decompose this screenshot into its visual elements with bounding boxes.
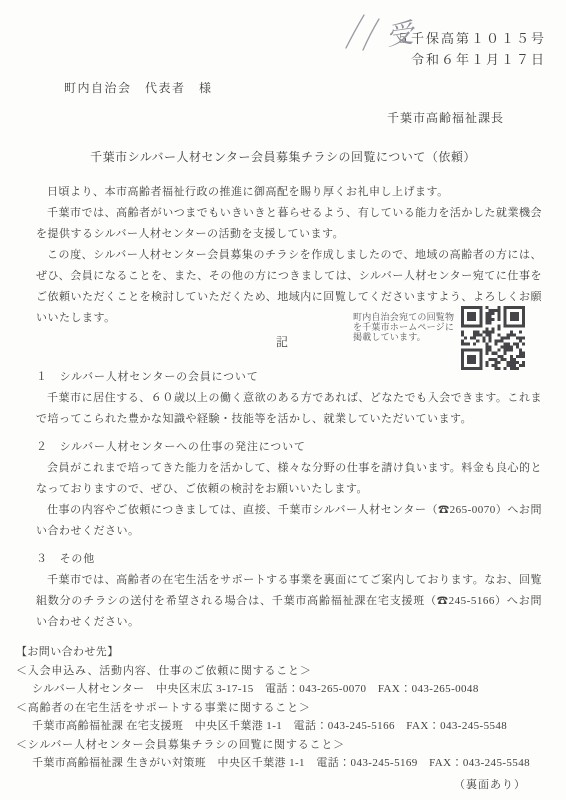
- back-side-note: （裏面あり）: [0, 776, 566, 792]
- section-paragraph: 千葉市では、高齢者の在宅生活をサポートする事業を裏面にてご案内しております。なお…: [36, 570, 542, 633]
- contact-detail: シルバー人材センター 中央区末広 3-17-15 電話：043-265-0070…: [16, 680, 546, 699]
- contact-label: ＜シルバー人材センター会員募集チラシの回覧に関すること＞: [16, 736, 546, 755]
- section-other: ３ その他 千葉市では、高齢者の在宅生活をサポートする事業を裏面にてご案内してお…: [36, 549, 542, 633]
- doc-number: ５千保高第１０１５号: [0, 30, 566, 47]
- contact-detail: 千葉市高齢福祉課 在宅支援班 中央区千葉港 1-1 電話：043-245-516…: [16, 717, 546, 736]
- section-paragraph: 会員がこれまで培ってきた能力を活かして、様々な分野の仕事を請け負います。料金も良…: [36, 458, 542, 500]
- contact-block: 【お問い合わせ先】 ＜入会申込み、活動内容、仕事のご依頼に関すること＞ シルバー…: [16, 643, 546, 773]
- section-heading: １ シルバー人材センターの会員について: [36, 367, 542, 388]
- scanned-letter-page: 受 ５千保高第１０１５号 令和６年１月１７日 町内自治会 代表者 様 千葉市高齢…: [0, 0, 566, 800]
- section-job-orders: ２ シルバー人材センターへの仕事の発注について 会員がこれまで培ってきた能力を活…: [36, 437, 542, 542]
- qr-code: [460, 306, 526, 370]
- section-heading: ３ その他: [36, 549, 542, 570]
- contact-label: ＜入会申込み、活動内容、仕事のご依頼に関すること＞: [16, 662, 546, 681]
- issue-date: 令和６年１月１７日: [0, 51, 566, 68]
- handwritten-receipt-mark: 受: [336, 8, 432, 58]
- section-paragraph: 仕事の内容やご依頼につきましては、直接、千葉市シルバー人材センター（☎265-0…: [36, 500, 542, 542]
- paragraph-greeting: 日頃より、本市高齢者福祉行政の推進に御高配を賜り厚くお礼申し上げます。: [36, 182, 542, 203]
- contact-heading: 【お問い合わせ先】: [16, 643, 546, 662]
- addressee: 町内自治会 代表者 様: [0, 80, 566, 96]
- qr-code-icon: [460, 306, 526, 370]
- contact-detail: 千葉市高齢福祉課 生きがい対策班 中央区千葉港 1-1 電話：043-245-5…: [16, 754, 546, 773]
- document-title: 千葉市シルバー人材センター会員募集チラシの回覧について（依頼）: [0, 149, 566, 165]
- section-paragraph: 千葉市に居住する、６０歳以上の働く意欲のある方であれば、どなたでも入会できます。…: [36, 388, 542, 430]
- section-heading: ２ シルバー人材センターへの仕事の発注について: [36, 437, 542, 458]
- paragraph-background: 千葉市では、高齢者がいつまでもいきいきと暮らせるよう、有している能力を活かした就…: [36, 203, 542, 245]
- contact-label: ＜高齢者の在宅生活をサポートする事業に関すること＞: [16, 699, 546, 718]
- circulation-note: 町内自治会宛ての回覧物を千葉市ホームページに掲載しています。: [353, 312, 457, 342]
- section-members: １ シルバー人材センターの会員について 千葉市に居住する、６０歳以上の働く意欲の…: [36, 367, 542, 430]
- handwritten-received-character: 受: [384, 17, 418, 51]
- numbered-sections: １ シルバー人材センターの会員について 千葉市に居住する、６０歳以上の働く意欲の…: [36, 367, 542, 633]
- handwritten-slash-marks: 受: [336, 8, 432, 58]
- sender: 千葉市高齢福祉課長: [0, 110, 566, 126]
